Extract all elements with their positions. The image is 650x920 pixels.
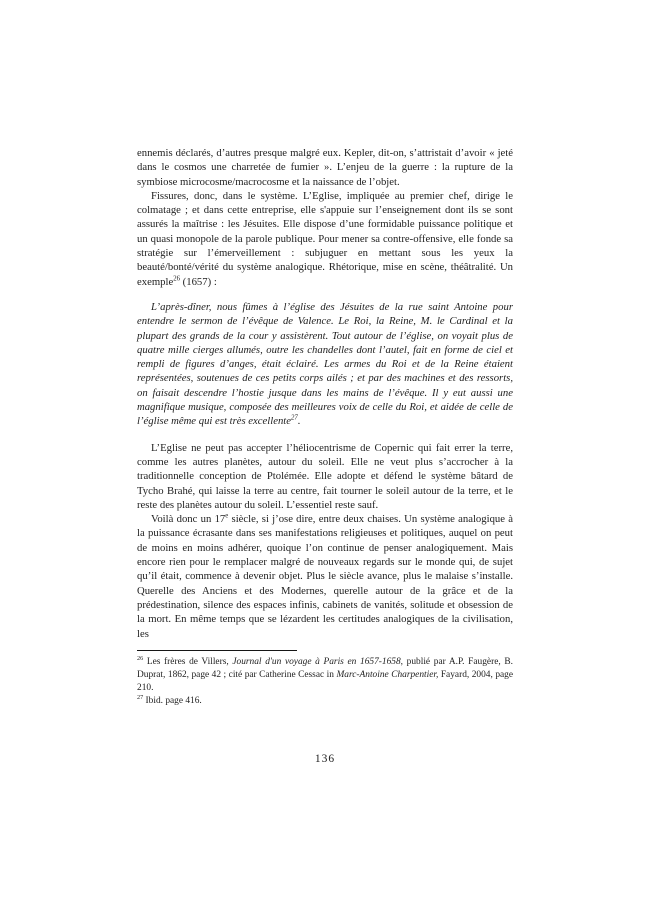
- footnote-27: 27 Ibid. page 416.: [137, 695, 513, 708]
- document-page: ennemis déclarés, d’autres presque malgr…: [0, 0, 650, 920]
- paragraph-dix-septieme-siecle: Voilà donc un 17e siècle, si j’ose dire,…: [137, 512, 513, 641]
- footnote-26: 26 Les frères de Villers, Journal d'un v…: [137, 656, 513, 695]
- text-segment: Voilà donc un 17: [151, 513, 225, 525]
- footnote-reference-26: 26: [173, 275, 180, 282]
- book-title-journal-voyage: Journal d'un voyage à Paris en 1657-1658: [232, 657, 400, 667]
- footnote-separator-rule: [137, 650, 297, 651]
- footnote-reference-27: 27: [291, 415, 298, 422]
- paragraph-fissures: Fissures, donc, dans le système. L’Eglis…: [137, 189, 513, 289]
- paragraph-continuation: ennemis déclarés, d’autres presque malgr…: [137, 146, 513, 189]
- text-segment: Fissures, donc, dans le système. L’Eglis…: [137, 190, 513, 288]
- text-segment: siècle, si j’ose dire, entre deux chaise…: [137, 513, 513, 639]
- footnote-text: Ibid. page 416.: [143, 696, 202, 706]
- footnote-text: Les frères de Villers,: [143, 657, 232, 667]
- paragraph-heliocentrisme: L’Eglise ne peut pas accepter l’héliocen…: [137, 441, 513, 512]
- text-segment: ennemis déclarés, d’autres presque malgr…: [137, 147, 513, 188]
- page-number: 136: [0, 753, 650, 765]
- book-title-charpentier: Marc-Antoine Charpentier,: [336, 670, 438, 680]
- text-segment: (1657) :: [180, 276, 217, 288]
- quote-text-end: .: [298, 415, 301, 427]
- text-block: ennemis déclarés, d’autres presque malgr…: [137, 146, 513, 708]
- quote-text: L’après-dîner, nous fûmes à l’église des…: [137, 301, 513, 427]
- text-segment: L’Eglise ne peut pas accepter l’héliocen…: [137, 442, 513, 511]
- block-quote: L’après-dîner, nous fûmes à l’église des…: [137, 300, 513, 429]
